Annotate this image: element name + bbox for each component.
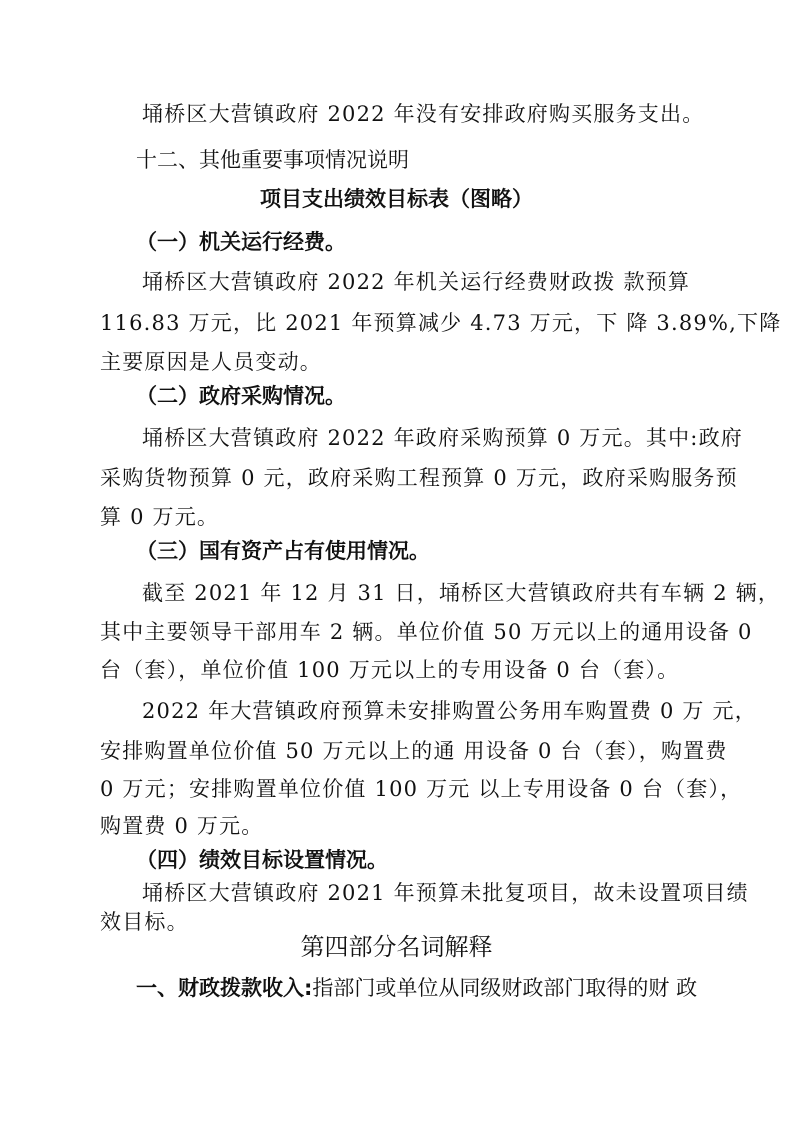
paragraph-line: 埇桥区大营镇政府 2022 年政府采购预算 0 万元。其中:政府: [142, 428, 743, 449]
part-four-title: 第四部分名词解释: [0, 935, 793, 959]
section-heading-12: 十二、其他重要事项情况说明: [136, 150, 409, 171]
paragraph-line: 主要原因是人员变动。: [100, 352, 322, 373]
paragraph-line: 效目标。: [100, 912, 189, 933]
paragraph-line: 采购货物预算 0 元，政府采购工程预算 0 万元，政府采购服务预: [100, 468, 738, 489]
intro-paragraph: 埇桥区大营镇政府 2022 年没有安排政府购买服务支出。: [142, 104, 704, 125]
subsection-heading-1: （一）机关运行经费。: [136, 232, 346, 253]
subsection-heading-3: （三）国有资产占有使用情况。: [136, 541, 430, 562]
paragraph-line: 算 0 万元。: [100, 507, 219, 528]
paragraph-line: 台（套），单位价值 100 万元以上的专用设备 0 台（套）。: [100, 660, 679, 681]
paragraph-line: 购置费 0 万元。: [100, 816, 264, 837]
subsection-heading-2: （二）政府采购情况。: [136, 386, 346, 407]
table-title: 项目支出绩效目标表（图略）: [0, 189, 793, 210]
subsection-heading-4: （四）绩效目标设置情况。: [136, 850, 388, 871]
paragraph-line: 埇桥区大营镇政府 2021 年预算未批复项目，故未设置项目绩: [142, 883, 749, 904]
paragraph-line: 安排购置单位价值 50 万元以上的通 用设备 0 台（套），购置费: [100, 741, 728, 762]
paragraph-line: 其中主要领导干部用车 2 辆。单位价值 50 万元以上的通用设备 0: [100, 622, 753, 643]
paragraph-line: 截至 2021 年 12 月 31 日，埇桥区大营镇政府共有车辆 2 辆，: [142, 583, 780, 604]
paragraph-line: 埇桥区大营镇政府 2022 年机关运行经费财政拨 款预算: [142, 272, 690, 293]
term-definition-1: 一、财政拨款收入:指部门或单位从同级财政部门取得的财 政: [136, 978, 697, 999]
term-label: 一、财政拨款收入:: [136, 976, 312, 1000]
paragraph-line: 116.83 万元，比 2021 年预算减少 4.73 万元，下 降 3.89%…: [100, 313, 781, 334]
term-text: 指部门或单位从同级财政部门取得的财 政: [312, 976, 697, 1000]
paragraph-line: 0 万元；安排购置单位价值 100 万元 以上专用设备 0 台（套），: [100, 779, 742, 800]
paragraph-line: 2022 年大营镇政府预算未安排购置公务用车购置费 0 万 元，: [142, 701, 757, 722]
